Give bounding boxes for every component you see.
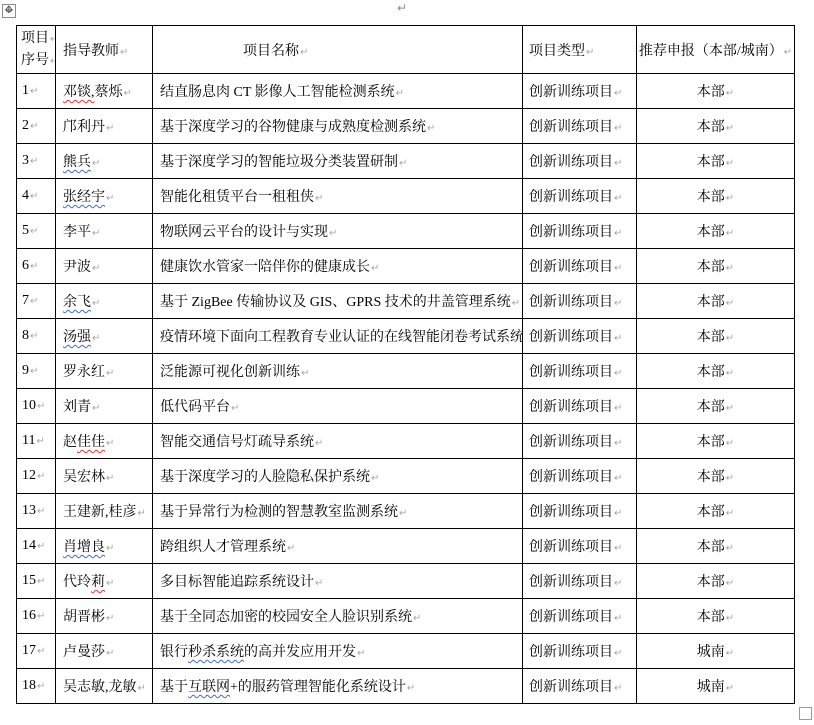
end-of-cell-mark: ↵: [106, 368, 114, 379]
cell-campus[interactable]: 本部↵: [637, 494, 795, 529]
end-of-cell-mark: ↵: [92, 298, 100, 309]
cell-index[interactable]: 12↵: [17, 459, 56, 494]
end-of-cell-mark: ↵: [30, 366, 38, 377]
cell-project[interactable]: 疫情环境下面向工程教育专业认证的在线智能闭卷考试系统↵: [153, 319, 523, 354]
cell-index[interactable]: 3↵: [17, 144, 56, 179]
misspelled-text: 互联网: [188, 680, 230, 695]
end-of-cell-mark: ↵: [357, 648, 365, 659]
end-of-cell-mark: ↵: [371, 473, 379, 484]
end-of-cell-mark: ↵: [37, 541, 45, 552]
cell-type[interactable]: 创新训练项目↵: [523, 459, 637, 494]
end-of-cell-mark: ↵: [315, 438, 323, 449]
table-row: 12↵吴宏林↵基于深度学习的人脸隐私保护系统↵创新训练项目↵本部↵: [17, 459, 795, 494]
cell-teacher[interactable]: 赵佳佳↵: [56, 424, 153, 459]
cell-type[interactable]: 创新训练项目↵: [523, 494, 637, 529]
misspelled-text: 邓锬,: [63, 85, 95, 100]
end-of-cell-mark: ↵: [92, 228, 100, 239]
cell-index[interactable]: 13↵: [17, 494, 56, 529]
cell-teacher[interactable]: 邝利丹↵: [56, 109, 153, 144]
text-segment: 邝利丹: [63, 120, 105, 135]
cell-type[interactable]: 创新训练项目↵: [523, 109, 637, 144]
cell-teacher[interactable]: 刘青↵: [56, 389, 153, 424]
end-of-cell-mark: ↵: [124, 88, 132, 99]
header-type[interactable]: 项目类型↵: [523, 26, 637, 74]
cell-project[interactable]: 泛能源可视化创新训练↵: [153, 354, 523, 389]
cell-index[interactable]: 2↵: [17, 109, 56, 144]
text-segment: 吴志敏,龙敏: [63, 680, 137, 695]
text-segment: 的高并发应用开发: [244, 645, 356, 660]
table-resize-handle[interactable]: [799, 707, 812, 720]
end-of-cell-mark: ↵: [92, 158, 100, 169]
end-of-cell-mark: ↵: [120, 47, 128, 58]
cell-index[interactable]: 6↵: [17, 249, 56, 284]
cell-teacher[interactable]: 尹波↵: [56, 249, 153, 284]
cell-type[interactable]: 创新训练项目↵: [523, 529, 637, 564]
cell-teacher[interactable]: 罗永红↵: [56, 354, 153, 389]
end-of-cell-mark: ↵: [106, 613, 114, 624]
cell-project[interactable]: 基于互联网+的服药管理智能化系统设计↵: [153, 669, 523, 704]
header-project-label: 项目名称: [243, 44, 299, 59]
cell-teacher[interactable]: 吴宏林↵: [56, 459, 153, 494]
end-of-cell-mark: ↵: [614, 368, 622, 379]
end-of-cell-mark: ↵: [726, 578, 734, 589]
end-of-cell-mark: ↵: [106, 438, 114, 449]
header-recommend-label: 推荐申报（本部/城南）: [639, 44, 783, 59]
cell-campus[interactable]: 本部↵: [637, 214, 795, 249]
cell-index[interactable]: 10↵: [17, 389, 56, 424]
cell-index[interactable]: 16↵: [17, 599, 56, 634]
misspelled-text: 佳佳: [77, 435, 105, 450]
end-of-cell-mark: ↵: [371, 263, 379, 274]
cell-project[interactable]: 低代码平台↵: [153, 389, 523, 424]
end-of-cell-mark: ↵: [106, 123, 114, 134]
cell-project[interactable]: 基于异常行为检测的智慧教室监测系统↵: [153, 494, 523, 529]
text-segment: 罗永红: [63, 365, 105, 380]
text-segment: 物联网云平台的设计与实现: [160, 225, 328, 240]
end-of-cell-mark: ↵: [30, 191, 38, 202]
cell-index[interactable]: 15↵: [17, 564, 56, 599]
text-segment: 刘青: [63, 400, 91, 415]
cell-campus[interactable]: 本部↵: [637, 74, 795, 109]
document-page: ↕↔ ↵ 项目↵ 序号↵ 指导教师↵ 项目名称↵ 项目类型↵: [0, 0, 814, 725]
text-segment: 基于异常行为检测的智慧教室监测系统: [160, 505, 398, 520]
end-of-cell-mark: ↵: [726, 123, 734, 134]
cell-campus[interactable]: 本部↵: [637, 599, 795, 634]
end-of-cell-mark: ↵: [106, 473, 114, 484]
text-segment: 基于深度学习的智能垃圾分类装置研制: [160, 155, 398, 170]
cell-project[interactable]: 跨组织人才管理系统↵: [153, 529, 523, 564]
end-of-cell-mark: ↵: [726, 613, 734, 624]
text-segment: 基于深度学习的人脸隐私保护系统: [160, 470, 370, 485]
cell-type[interactable]: 创新训练项目↵: [523, 214, 637, 249]
misspelled-text: 熊兵: [63, 155, 91, 170]
end-of-cell-mark: ↵: [726, 298, 734, 309]
text-segment: 低代码平台: [160, 400, 230, 415]
end-of-cell-mark: ↵: [37, 681, 45, 692]
text-segment: 智能化租赁平台一租租侠: [160, 190, 314, 205]
text-segment: 智能交通信号灯疏导系统: [160, 435, 314, 450]
cell-campus[interactable]: 本部↵: [637, 249, 795, 284]
end-of-cell-mark: ↵: [614, 333, 622, 344]
end-of-cell-mark: ↵: [287, 543, 295, 554]
end-of-cell-mark: ↵: [512, 298, 520, 309]
cell-campus[interactable]: 本部↵: [637, 319, 795, 354]
end-of-cell-mark: ↵: [614, 193, 622, 204]
end-of-cell-mark: ↵: [399, 158, 407, 169]
cell-project[interactable]: 智能化租赁平台一租租侠↵: [153, 179, 523, 214]
end-of-cell-mark: ↵: [614, 578, 622, 589]
cell-project[interactable]: 多目标智能追踪系统设计↵: [153, 564, 523, 599]
end-of-cell-mark: ↵: [30, 86, 38, 97]
text-segment: +的服药管理智能化系统设计: [230, 680, 406, 695]
table-row: 15↵代玲莉↵多目标智能追踪系统设计↵创新训练项目↵本部↵: [17, 564, 795, 599]
misspelled-text: 余飞: [63, 295, 91, 310]
table-row: 16↵胡晋彬↵基于全同态加密的校园安全人脸识别系统↵创新训练项目↵本部↵: [17, 599, 795, 634]
end-of-cell-mark: ↵: [614, 613, 622, 624]
end-of-cell-mark: ↵: [37, 611, 45, 622]
end-of-cell-mark: ↵: [614, 403, 622, 414]
table-row: 11↵赵佳佳↵智能交通信号灯疏导系统↵创新训练项目↵本部↵: [17, 424, 795, 459]
header-teacher-label: 指导教师: [63, 44, 119, 59]
text-segment: 卢曼莎: [63, 645, 105, 660]
cell-project[interactable]: 基于深度学习的人脸隐私保护系统↵: [153, 459, 523, 494]
cell-type[interactable]: 创新训练项目↵: [523, 634, 637, 669]
end-of-cell-mark: ↵: [726, 158, 734, 169]
end-of-cell-mark: ↵: [106, 578, 114, 589]
cell-campus[interactable]: 城南↵: [637, 634, 795, 669]
table-row: 7↵余飞↵基于 ZigBee 传输协议及 GIS、GPRS 技术的井盖管理系统↵…: [17, 284, 795, 319]
text-segment: 赵: [63, 435, 77, 450]
header-teacher[interactable]: 指导教师↵: [56, 26, 153, 74]
end-of-cell-mark: ↵: [399, 508, 407, 519]
end-of-cell-mark: ↵: [614, 263, 622, 274]
cell-index[interactable]: 7↵: [17, 284, 56, 319]
text-segment: 代玲: [63, 575, 91, 590]
cell-type[interactable]: 创新训练项目↵: [523, 319, 637, 354]
end-of-cell-mark: ↵: [92, 403, 100, 414]
cell-teacher[interactable]: 胡晋彬↵: [56, 599, 153, 634]
misspelled-text: 秒杀系统: [188, 645, 244, 660]
end-of-cell-mark: ↵: [784, 47, 792, 58]
cell-campus[interactable]: 本部↵: [637, 109, 795, 144]
end-of-cell-mark: ↵: [586, 47, 594, 58]
cell-type[interactable]: 创新训练项目↵: [523, 669, 637, 704]
cell-teacher[interactable]: 王建新,桂彦↵: [56, 494, 153, 529]
cell-index[interactable]: 17↵: [17, 634, 56, 669]
end-of-cell-mark: ↵: [301, 368, 309, 379]
end-of-cell-mark: ↵: [614, 298, 622, 309]
cell-campus[interactable]: 本部↵: [637, 564, 795, 599]
end-of-cell-mark: ↵: [614, 228, 622, 239]
cell-index[interactable]: 14↵: [17, 529, 56, 564]
misspelled-text: 汤强: [63, 330, 91, 345]
cell-teacher[interactable]: 卢曼莎↵: [56, 634, 153, 669]
cell-teacher[interactable]: 余飞↵: [56, 284, 153, 319]
table-row: 1↵邓锬,蔡烁↵结直肠息肉 CT 影像人工智能检测系统↵创新训练项目↵本部↵: [17, 74, 795, 109]
end-of-cell-mark: ↵: [37, 576, 45, 587]
end-of-cell-mark: ↵: [30, 331, 38, 342]
cell-index[interactable]: 1↵: [17, 74, 56, 109]
text-segment: 基于全同态加密的校园安全人脸识别系统: [160, 610, 412, 625]
end-of-cell-mark: ↵: [92, 263, 100, 274]
cell-project[interactable]: 智能交通信号灯疏导系统↵: [153, 424, 523, 459]
cell-teacher[interactable]: 熊兵↵: [56, 144, 153, 179]
misspelled-text: 莉: [91, 575, 105, 590]
cell-teacher[interactable]: 邓锬,蔡烁↵: [56, 74, 153, 109]
end-of-cell-mark: ↵: [726, 88, 734, 99]
end-of-cell-mark: ↵: [614, 123, 622, 134]
move-icon: ↕↔: [3, 5, 15, 17]
text-segment: 蔡烁: [95, 85, 123, 100]
end-of-cell-mark: ↵: [726, 648, 734, 659]
cell-type[interactable]: 创新训练项目↵: [523, 144, 637, 179]
cell-type[interactable]: 创新训练项目↵: [523, 424, 637, 459]
table-row: 5↵李平↵物联网云平台的设计与实现↵创新训练项目↵本部↵: [17, 214, 795, 249]
end-of-cell-mark: ↵: [614, 88, 622, 99]
cell-campus[interactable]: 本部↵: [637, 144, 795, 179]
end-of-cell-mark: ↵: [315, 193, 323, 204]
cell-teacher[interactable]: 吴志敏,龙敏↵: [56, 669, 153, 704]
cell-campus[interactable]: 本部↵: [637, 284, 795, 319]
end-of-cell-mark: ↵: [30, 226, 38, 237]
end-of-cell-mark: ↵: [614, 683, 622, 694]
cell-campus[interactable]: 本部↵: [637, 354, 795, 389]
end-of-cell-mark: ↵: [231, 403, 239, 414]
end-of-cell-mark: ↵: [315, 578, 323, 589]
end-of-cell-mark: ↵: [106, 648, 114, 659]
text-segment: 基于: [160, 680, 188, 695]
cell-project[interactable]: 健康饮水管家一陪伴你的健康成长↵: [153, 249, 523, 284]
table-row: 14↵肖增良↵跨组织人才管理系统↵创新训练项目↵本部↵: [17, 529, 795, 564]
cell-index[interactable]: 8↵: [17, 319, 56, 354]
end-of-cell-mark: ↵: [30, 121, 38, 132]
cell-campus[interactable]: 本部↵: [637, 424, 795, 459]
cell-teacher[interactable]: 汤强↵: [56, 319, 153, 354]
end-of-cell-mark: ↵: [726, 263, 734, 274]
text-segment: 吴宏林: [63, 470, 105, 485]
end-of-cell-mark: ↵: [396, 88, 404, 99]
end-of-cell-mark: ↵: [50, 34, 56, 45]
end-of-cell-mark: ↵: [37, 646, 45, 657]
paragraph-mark: ↵: [397, 1, 407, 15]
cell-campus[interactable]: 城南↵: [637, 669, 795, 704]
end-of-cell-mark: ↵: [726, 333, 734, 344]
end-of-cell-mark: ↵: [37, 401, 45, 412]
cell-teacher[interactable]: 代玲莉↵: [56, 564, 153, 599]
text-segment: 胡晋彬: [63, 610, 105, 625]
cell-project[interactable]: 基于深度学习的智能垃圾分类装置研制↵: [153, 144, 523, 179]
end-of-cell-mark: ↵: [726, 683, 734, 694]
end-of-cell-mark: ↵: [37, 506, 45, 517]
end-of-cell-mark: ↵: [30, 156, 38, 167]
cell-index[interactable]: 9↵: [17, 354, 56, 389]
cell-index[interactable]: 11↵: [17, 424, 56, 459]
text-segment: 泛能源可视化创新训练: [160, 365, 300, 380]
table-move-handle[interactable]: ↕↔: [2, 4, 16, 18]
end-of-cell-mark: ↵: [726, 403, 734, 414]
end-of-cell-mark: ↵: [37, 471, 45, 482]
misspelled-text: 张经宇: [63, 190, 105, 205]
end-of-cell-mark: ↵: [614, 508, 622, 519]
text-segment: 健康饮水管家一陪伴你的健康成长: [160, 260, 370, 275]
end-of-cell-mark: ↵: [614, 543, 622, 554]
cell-teacher[interactable]: 张经宇↵: [56, 179, 153, 214]
end-of-cell-mark: ↵: [413, 613, 421, 624]
cell-type[interactable]: 创新训练项目↵: [523, 389, 637, 424]
text-segment: 王建新,桂彦: [63, 505, 137, 520]
end-of-cell-mark: ↵: [138, 508, 146, 519]
end-of-cell-mark: ↵: [614, 158, 622, 169]
end-of-cell-mark: ↵: [36, 436, 44, 447]
table-row: 10↵刘青↵低代码平台↵创新训练项目↵本部↵: [17, 389, 795, 424]
text-segment: 多目标智能追踪系统设计: [160, 575, 314, 590]
cell-index[interactable]: 18↵: [17, 669, 56, 704]
header-index-line2: 序号: [21, 53, 49, 68]
table-row: 9↵罗永红↵泛能源可视化创新训练↵创新训练项目↵本部↵: [17, 354, 795, 389]
end-of-cell-mark: ↵: [427, 123, 435, 134]
end-of-cell-mark: ↵: [726, 368, 734, 379]
cell-project[interactable]: 结直肠息肉 CT 影像人工智能检测系统↵: [153, 74, 523, 109]
table-row: 3↵熊兵↵基于深度学习的智能垃圾分类装置研制↵创新训练项目↵本部↵: [17, 144, 795, 179]
cell-project[interactable]: 基于 ZigBee 传输协议及 GIS、GPRS 技术的井盖管理系统↵: [153, 284, 523, 319]
end-of-cell-mark: ↵: [726, 438, 734, 449]
cell-project[interactable]: 基于全同态加密的校园安全人脸识别系统↵: [153, 599, 523, 634]
end-of-cell-mark: ↵: [30, 261, 38, 272]
table-row: 8↵汤强↵疫情环境下面向工程教育专业认证的在线智能闭卷考试系统↵创新训练项目↵本…: [17, 319, 795, 354]
table-row: 6↵尹波↵健康饮水管家一陪伴你的健康成长↵创新训练项目↵本部↵: [17, 249, 795, 284]
header-index[interactable]: 项目↵ 序号↵: [17, 26, 56, 74]
text-segment: 银行: [160, 645, 188, 660]
end-of-cell-mark: ↵: [726, 543, 734, 554]
cell-type[interactable]: 创新训练项目↵: [523, 249, 637, 284]
text-segment: 结直肠息肉 CT 影像人工智能检测系统: [160, 85, 395, 100]
cell-project[interactable]: 基于深度学习的谷物健康与成熟度检测系统↵: [153, 109, 523, 144]
cell-project[interactable]: 银行秒杀系统的高并发应用开发↵: [153, 634, 523, 669]
text-segment: 李平: [63, 225, 91, 240]
table-row: 18↵吴志敏,龙敏↵基于互联网+的服药管理智能化系统设计↵创新训练项目↵城南↵: [17, 669, 795, 704]
text-segment: 基于 ZigBee 传输协议及 GIS、GPRS 技术的井盖管理系统: [160, 295, 511, 310]
cell-index[interactable]: 5↵: [17, 214, 56, 249]
end-of-cell-mark: ↵: [329, 228, 337, 239]
header-row: 项目↵ 序号↵ 指导教师↵ 项目名称↵ 项目类型↵ 推荐申报（本部/城南）↵: [17, 26, 795, 74]
text-segment: 疫情环境下面向工程教育专业认证的在线智能闭卷考试系统: [160, 330, 523, 345]
cell-type[interactable]: 创新训练项目↵: [523, 179, 637, 214]
table-row: 17↵卢曼莎↵银行秒杀系统的高并发应用开发↵创新训练项目↵城南↵: [17, 634, 795, 669]
cell-teacher[interactable]: 李平↵: [56, 214, 153, 249]
header-project[interactable]: 项目名称↵: [153, 26, 523, 74]
text-segment: 跨组织人才管理系统: [160, 540, 286, 555]
table-row: 4↵张经宇↵智能化租赁平台一租租侠↵创新训练项目↵本部↵: [17, 179, 795, 214]
end-of-cell-mark: ↵: [726, 473, 734, 484]
cell-type[interactable]: 创新训练项目↵: [523, 564, 637, 599]
end-of-cell-mark: ↵: [726, 228, 734, 239]
end-of-cell-mark: ↵: [106, 543, 114, 554]
end-of-cell-mark: ↵: [300, 47, 308, 58]
end-of-cell-mark: ↵: [614, 438, 622, 449]
table-row: 2↵邝利丹↵基于深度学习的谷物健康与成熟度检测系统↵创新训练项目↵本部↵: [17, 109, 795, 144]
projects-table: 项目↵ 序号↵ 指导教师↵ 项目名称↵ 项目类型↵ 推荐申报（本部/城南）↵ 1…: [16, 25, 795, 704]
end-of-cell-mark: ↵: [50, 56, 56, 67]
end-of-cell-mark: ↵: [726, 508, 734, 519]
cell-campus[interactable]: 本部↵: [637, 529, 795, 564]
end-of-cell-mark: ↵: [30, 296, 38, 307]
header-type-label: 项目类型: [529, 44, 585, 59]
cell-teacher[interactable]: 肖增良↵: [56, 529, 153, 564]
end-of-cell-mark: ↵: [407, 683, 415, 694]
cell-type[interactable]: 创新训练项目↵: [523, 354, 637, 389]
cell-type[interactable]: 创新训练项目↵: [523, 74, 637, 109]
header-index-line1: 项目: [21, 31, 49, 46]
header-recommend[interactable]: 推荐申报（本部/城南）↵: [637, 26, 795, 74]
cell-campus[interactable]: 本部↵: [637, 179, 795, 214]
text-segment: 尹波: [63, 260, 91, 275]
end-of-cell-mark: ↵: [106, 193, 114, 204]
end-of-cell-mark: ↵: [726, 193, 734, 204]
misspelled-text: 肖增良: [63, 540, 105, 555]
text-segment: 基于深度学习的谷物健康与成熟度检测系统: [160, 120, 426, 135]
end-of-cell-mark: ↵: [614, 473, 622, 484]
cell-campus[interactable]: 本部↵: [637, 389, 795, 424]
cell-index[interactable]: 4↵: [17, 179, 56, 214]
cell-type[interactable]: 创新训练项目↵: [523, 284, 637, 319]
cell-campus[interactable]: 本部↵: [637, 459, 795, 494]
end-of-cell-mark: ↵: [92, 333, 100, 344]
end-of-cell-mark: ↵: [614, 648, 622, 659]
end-of-cell-mark: ↵: [138, 683, 146, 694]
cell-project[interactable]: 物联网云平台的设计与实现↵: [153, 214, 523, 249]
table-row: 13↵王建新,桂彦↵基于异常行为检测的智慧教室监测系统↵创新训练项目↵本部↵: [17, 494, 795, 529]
cell-type[interactable]: 创新训练项目↵: [523, 599, 637, 634]
